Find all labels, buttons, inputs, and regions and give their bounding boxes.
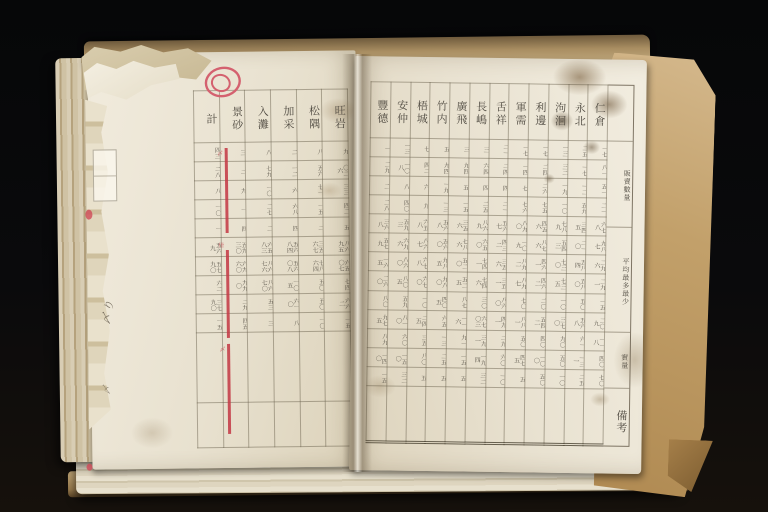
table-cell: 三: [449, 139, 469, 158]
table-cell: 九: [409, 196, 429, 215]
table-cell: 八六七〇: [247, 275, 273, 294]
table-cell: 六九六〇: [221, 256, 247, 275]
margin-scribble: 〆り: [97, 297, 118, 326]
table-cell: 七一: [297, 179, 323, 198]
table-cell: 七: [508, 178, 528, 197]
table-cell: 五〇: [565, 293, 585, 312]
table-cell: 二: [271, 142, 297, 161]
table-cell: 八〇: [407, 348, 427, 367]
table-cell: 七八九: [547, 217, 567, 236]
row-label: 實量: [604, 333, 630, 389]
empty-cell: [465, 387, 486, 444]
table-cell: 八六〇: [486, 292, 506, 311]
empty-cell: [386, 386, 407, 443]
column-header: 安仲: [390, 82, 411, 138]
table-cell: 一七: [567, 160, 587, 179]
table-cell: 五一: [587, 179, 607, 198]
table-cell: 五: [448, 177, 468, 196]
table-cell: 八: [389, 176, 409, 195]
table-cell: 七八六四: [298, 255, 324, 274]
table-cell: 三四五: [566, 217, 586, 236]
table-cell: 六四: [468, 158, 488, 177]
column-header: 舌祥: [489, 83, 510, 139]
table-cell: 一五: [446, 348, 466, 367]
table-cell: 二八: [194, 162, 220, 181]
red-circle-stamp-icon: [200, 62, 246, 103]
table-cell: 一二: [567, 179, 587, 198]
table-cell: 七五: [527, 197, 547, 216]
empty-cell: [544, 388, 565, 445]
table-cell: 五六: [297, 160, 323, 179]
table-cell: 六一〇: [273, 294, 299, 313]
table-cell: 八六七: [408, 234, 428, 253]
table-cell: 一二: [271, 161, 297, 180]
table-cell: 六五: [427, 310, 447, 329]
table-cell: 一三一: [565, 350, 585, 369]
table-cell: 一七: [528, 140, 548, 159]
table-cell: 八一〇: [387, 310, 407, 329]
table-cell: 二一: [488, 139, 508, 158]
empty-cell: [504, 387, 525, 444]
table-cell: 五七九〇: [195, 257, 221, 276]
table-cell: 九八五: [428, 253, 448, 272]
row-label: 販賣數量: [607, 142, 633, 228]
column-header: 長嶋: [469, 83, 490, 139]
table-cell: 三〇: [467, 292, 487, 311]
table-cell: 四: [468, 177, 488, 196]
table-cell: 三九一: [466, 330, 486, 349]
table-cell: 五: [505, 368, 525, 387]
table-cell: 一一六: [447, 310, 467, 329]
table-cell: 七六: [507, 197, 527, 216]
table-cell: 二五: [468, 196, 488, 215]
table-cell: 八九二: [507, 254, 527, 273]
table-cell: 五六八四: [272, 237, 298, 256]
table-cell: 二四: [488, 159, 508, 178]
table-cell: 五八四: [566, 255, 586, 274]
column-header: 竹内: [430, 83, 451, 139]
table-cell: 七三〇: [546, 255, 566, 274]
column-header: 廣飛: [449, 83, 470, 139]
row-label: [608, 86, 634, 142]
table-cell: 六五〇: [467, 234, 487, 253]
column-header: 永北: [568, 84, 589, 140]
table-cell: 一: [370, 138, 390, 157]
empty-cell: [274, 402, 300, 447]
book-gutter: [342, 54, 372, 472]
column-header: 松隅: [296, 89, 322, 141]
table-cell: 二: [220, 161, 246, 180]
table-cell: 七九: [246, 161, 272, 180]
empty-cell: [196, 333, 223, 403]
table-cell: 七三五: [546, 274, 566, 293]
table-cell: 二一〇: [566, 236, 586, 255]
row-label: 平均最多最少: [605, 228, 631, 333]
table-cell: 一七: [587, 141, 607, 160]
table-cell: 五六八: [565, 312, 585, 331]
table-cell: 六: [409, 176, 429, 195]
empty-cell: [197, 403, 223, 448]
table-cell: 五九: [567, 198, 587, 217]
table-cell: 六二: [196, 276, 222, 295]
table-cell: 一五〇: [387, 348, 407, 367]
table-cell: 七四六: [467, 273, 487, 292]
table-cell: 八七: [447, 291, 467, 310]
table-cell: 九四: [449, 158, 469, 177]
table-cell: 二: [246, 218, 272, 237]
table-cell: 一九: [547, 178, 567, 197]
table-cell: 五六七: [487, 216, 507, 235]
table-cell: 四七五: [505, 349, 525, 368]
table-cell: 一〇: [485, 368, 505, 387]
table-cell: 九四: [429, 158, 449, 177]
row-label: 備考: [603, 388, 629, 445]
table-cell: 一五: [585, 293, 605, 312]
table-cell: 四二: [409, 157, 429, 176]
column-header: 入灘: [245, 90, 271, 142]
table-cell: 五四二: [526, 311, 546, 330]
table-cell: 一九四: [466, 349, 486, 368]
table-cell: 五: [429, 139, 449, 158]
table-cell: 一〇: [546, 293, 566, 312]
table-cell: 一〇: [407, 291, 427, 310]
table-cell: 一三: [548, 140, 568, 159]
empty-cell: [445, 387, 466, 444]
table-cell: 一〇: [547, 197, 567, 216]
empty-cell: [300, 401, 326, 446]
table-cell: 五二五: [447, 272, 467, 291]
table-cell: 八: [297, 141, 323, 160]
table-cell: 六七〇: [408, 272, 428, 291]
table-cell: 八六〇: [388, 252, 408, 271]
table-cell: 三: [247, 313, 273, 332]
table-cell: 三五六七: [298, 236, 324, 255]
table-cell: 五〇: [299, 293, 325, 312]
table-cell: 八九〇: [507, 216, 527, 235]
table-cell: 八: [245, 142, 271, 161]
table-cell: 二九: [370, 157, 390, 176]
table-cell: 九八七: [586, 236, 606, 255]
table-cell: 二〇: [526, 292, 546, 311]
table-cell: 二五: [564, 369, 584, 388]
table-cell: 五六〇: [428, 234, 448, 253]
table-cell: 二九一: [585, 274, 605, 293]
table-cell: 七四一: [467, 253, 487, 272]
table-cell: 一三: [428, 196, 448, 215]
table-cell: 六八: [272, 199, 298, 218]
table-cell: 五: [426, 367, 446, 386]
table-cell: 三二: [547, 159, 567, 178]
underlying-page-grid-fragment: [93, 149, 118, 201]
table-cell: 八一: [587, 160, 607, 179]
table-cell: 三五一: [487, 273, 507, 292]
table-cell: 四〇五: [427, 291, 447, 310]
table-cell: 二四五: [407, 310, 427, 329]
table-cell: 五〇: [545, 350, 565, 369]
table-cell: 八八一: [506, 311, 526, 330]
table-cell: 二七: [246, 199, 272, 218]
column-header: 仁倉: [587, 85, 608, 141]
table-cell: 五八〇: [566, 274, 586, 293]
red-annotation: 卅: [216, 242, 225, 248]
table-cell: 四三二: [487, 235, 507, 254]
table-cell: 六五八: [408, 215, 428, 234]
table-cell: 七: [409, 138, 429, 157]
left-ledger-table: 計景砂入灘加采松隅旺岩四三三八二八九二八二七九一二五六〇二六八九一〇六七一三三一…: [193, 88, 352, 447]
column-header: 加采: [270, 90, 296, 142]
table-cell: 八: [195, 181, 221, 200]
red-annotation: 〆: [217, 346, 226, 352]
table-cell: 一〇八: [389, 157, 409, 176]
table-cell: 三: [469, 139, 489, 158]
table-cell: 九〇: [545, 331, 565, 350]
table-cell: 五〇: [525, 369, 545, 388]
table-cell: 四五六: [527, 216, 547, 235]
table-cell: 一一八: [585, 331, 605, 350]
table-cell: 五六八: [428, 215, 448, 234]
table-cell: 一三: [427, 329, 447, 348]
column-header: 豐德: [370, 82, 391, 138]
left-page: 計景砂入灘加采松隅旺岩四三三八二八九二八二七九一二五六〇二六八九一〇六七一三三一…: [87, 50, 360, 469]
column-header: 利邊: [528, 84, 549, 140]
column-header: 泃洄: [548, 84, 569, 140]
table-cell: 五〇: [506, 330, 526, 349]
table-cell: 四: [488, 178, 508, 197]
table-cell: 八七六: [527, 235, 547, 254]
margin-scribble: 〆: [99, 385, 113, 395]
table-cell: 一〇九: [507, 235, 527, 254]
table-cell: 三五六: [487, 254, 507, 273]
table-cell: 九一: [446, 329, 466, 348]
red-edge-mark: [85, 210, 92, 220]
table-cell: 一七: [508, 140, 528, 159]
table-cell: 三二: [387, 367, 407, 386]
table-cell: 五: [446, 367, 466, 386]
table-cell: 三五六: [448, 215, 468, 234]
table-cell: 九八〇: [427, 272, 447, 291]
table-cell: 五九三: [389, 214, 409, 233]
table-cell: 六七〇三: [466, 311, 486, 330]
photo-of-open-ledger-book: 計景砂入灘加采松隅旺岩四三三八二八九二八二七九一二五六〇二六八九一〇六七一三三一…: [0, 0, 768, 512]
empty-cell: [524, 388, 545, 445]
row-label-column: 販賣數量平均最多最少實量備考: [603, 85, 634, 447]
table-cell: 四六一: [526, 254, 546, 273]
table-cell: 二九六: [586, 255, 606, 274]
table-cell: 一九: [429, 177, 449, 196]
right-page: 豐德安仲梧城竹内廣飛長嶋舌祥軍需利邊泃洄永北仁倉一一三七五三三二一一七一七一三二…: [349, 56, 647, 474]
table-cell: 一〇〇: [525, 350, 545, 369]
table-cell: 二九: [486, 330, 506, 349]
table-cell: 一〇: [195, 200, 221, 219]
table-cell: 四〇: [389, 195, 409, 214]
table-cell: 八: [273, 313, 299, 332]
table-cell: 四: [272, 218, 298, 237]
table-cell: 五九: [388, 290, 408, 309]
table-cell: 五: [406, 367, 426, 386]
empty-cell: [564, 388, 585, 445]
red-edge-mark: [86, 464, 92, 471]
table-cell: 二: [369, 176, 389, 195]
table-cell: 一〇: [299, 312, 325, 331]
red-annotation: 〆: [215, 150, 224, 156]
table-cell: 五二〇: [447, 253, 467, 272]
table-cell: 六七八: [586, 217, 606, 236]
right-ledger-table: 豐德安仲梧城竹内廣飛長嶋舌祥軍需利邊泃洄永北仁倉一一三七五三三二一一七一七一三二…: [365, 81, 634, 447]
table-cell: 一〇: [545, 369, 565, 388]
empty-cell: [406, 386, 427, 443]
table-cell: 七〇: [584, 369, 604, 388]
table-cell: 六〇: [486, 349, 506, 368]
empty-cell: [583, 388, 604, 445]
table-cell: 一三: [390, 138, 410, 157]
table-cell: 一四: [508, 159, 528, 178]
table-cell: 三五: [407, 329, 427, 348]
empty-cell: [248, 332, 275, 402]
table-cell: 四〇: [525, 331, 545, 350]
table-cell: 二九: [222, 294, 248, 313]
table-cell: 一五: [448, 196, 468, 215]
empty-cell: [223, 402, 249, 447]
table-cell: 六九六: [388, 233, 408, 252]
table-cell: 一〇: [246, 180, 272, 199]
table-cell: 四九一: [486, 311, 506, 330]
table-cell: 三七〇: [545, 312, 565, 331]
table-cell: 五三: [247, 294, 273, 313]
table-cell: 四〇: [584, 350, 604, 369]
table-cell: 八六七六: [247, 256, 273, 275]
column-header: 軍需: [508, 84, 529, 140]
table-cell: 六一: [565, 331, 585, 350]
empty-cell: [425, 386, 446, 443]
table-cell: 二五: [567, 141, 587, 160]
table-cell: 二〇九: [585, 312, 605, 331]
table-cell: 一: [195, 219, 221, 238]
table-cell: 六五八三: [247, 237, 273, 256]
table-cell: 八六九: [468, 215, 488, 234]
table-cell: 八〇五: [388, 271, 408, 290]
table-cell: 六七八: [408, 253, 428, 272]
empty-cell: [249, 402, 275, 447]
table-cell: 五六〇八: [272, 256, 298, 275]
table-cell: 七〇: [506, 292, 526, 311]
empty-cell: [485, 387, 506, 444]
table-cell: 二五: [426, 348, 446, 367]
empty-cell: [273, 332, 300, 402]
table-cell: 四六二: [526, 273, 546, 292]
table-cell: 六〇: [387, 329, 407, 348]
table-cell: 八九七: [506, 273, 526, 292]
table-cell: 五〇: [298, 274, 324, 293]
empty-cell: [222, 332, 249, 402]
table-cell: 二一: [586, 198, 606, 217]
table-cell: 七八六: [448, 234, 468, 253]
table-cell: 二四: [528, 159, 548, 178]
table-cell: 六: [271, 180, 297, 199]
table-cell: 二六: [527, 178, 547, 197]
table-cell: 三七九〇: [196, 295, 222, 314]
empty-cell: [299, 331, 326, 401]
table-cell: 二: [298, 217, 324, 236]
table-cell: 二一: [488, 197, 508, 216]
table-cell: 一〇五: [273, 275, 299, 294]
column-header: 梧城: [410, 82, 431, 138]
table-cell: 三二: [466, 368, 486, 387]
table-cell: 五四三: [546, 236, 566, 255]
table-cell: 一五: [297, 198, 323, 217]
table-cell: 九九〇: [221, 275, 247, 294]
table-cell: 一五: [196, 314, 222, 333]
table-cell: 二八: [369, 195, 389, 214]
right-ledger-grid: 豐德安仲梧城竹内廣飛長嶋舌祥軍需利邊泃洄永北仁倉一一三七五三三二一一七一七一三二…: [365, 81, 608, 446]
